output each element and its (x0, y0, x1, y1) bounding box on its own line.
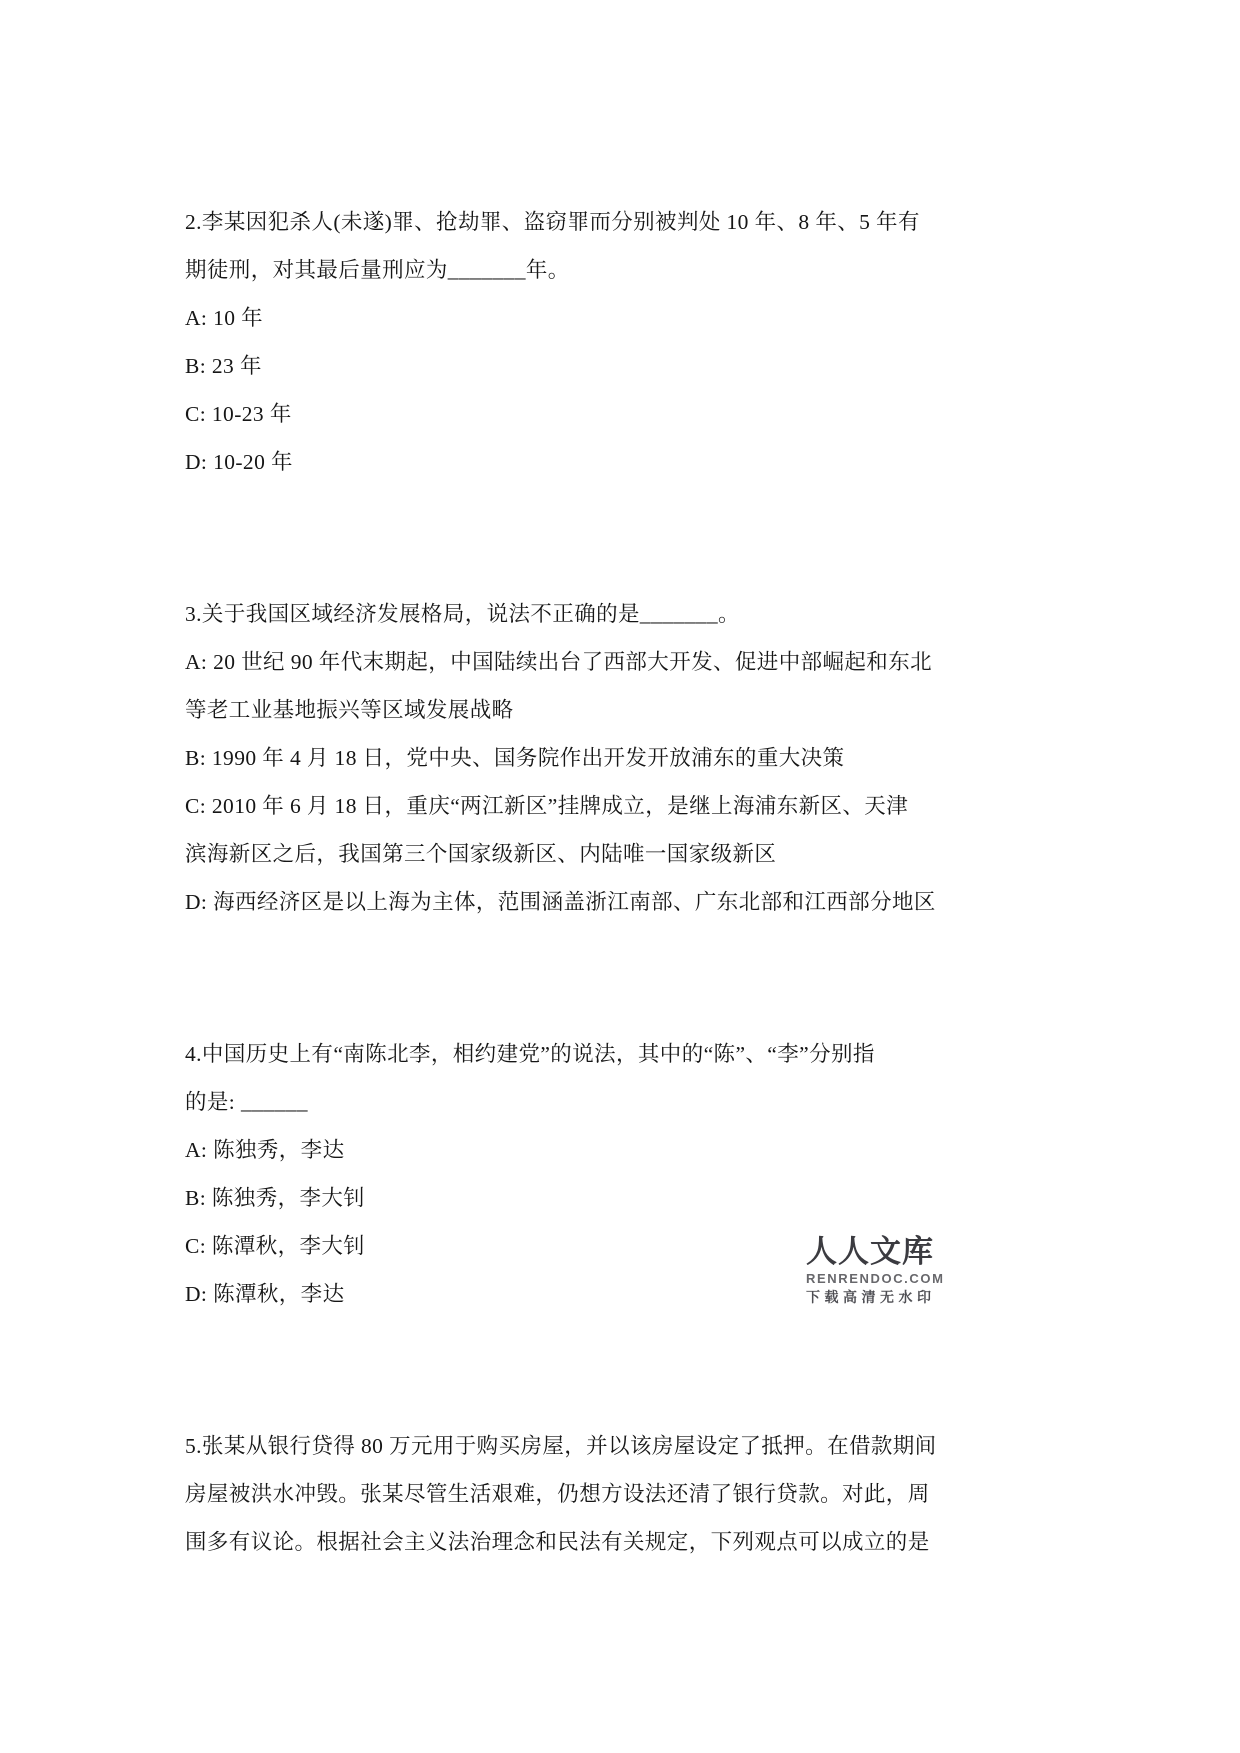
option-line: C: 2010 年 6 月 18 日，重庆“两江新区”挂牌成立，是继上海浦东新区… (185, 782, 1105, 830)
option-line: C: 陈潭秋，李大钊 (185, 1222, 1105, 1270)
watermark: 人人文库 RENRENDOC.COM 下载高清无水印 (806, 1236, 956, 1305)
option-line: D: 10-20 年 (185, 438, 1105, 486)
option-line: B: 23 年 (185, 342, 1105, 390)
question-block: 4.中国历史上有“南陈北李，相约建党”的说法，其中的“陈”、“李”分别指的是: … (185, 1030, 1105, 1318)
option-line: B: 1990 年 4 月 18 日，党中央、国务院作出开发开放浦东的重大决策 (185, 734, 1105, 782)
question-text-line: 3.关于我国区域经济发展格局，说法不正确的是_______。 (185, 590, 1105, 638)
option-line: A: 20 世纪 90 年代末期起，中国陆续出台了西部大开发、促进中部崛起和东北 (185, 638, 1105, 686)
option-line: D: 陈潭秋，李达 (185, 1270, 1105, 1318)
option-line: A: 陈独秀，李达 (185, 1126, 1105, 1174)
question-text-line: 2.李某因犯杀人(未遂)罪、抢劫罪、盗窃罪而分别被判处 10 年、8 年、5 年… (185, 198, 1105, 246)
option-line: C: 10-23 年 (185, 390, 1105, 438)
question-block: 5.张某从银行贷得 80 万元用于购买房屋，并以该房屋设定了抵押。在借款期间房屋… (185, 1422, 1105, 1566)
option-line: B: 陈独秀，李大钊 (185, 1174, 1105, 1222)
watermark-logo-text: 人人文库 (806, 1236, 956, 1268)
question-text-line: 围多有议论。根据社会主义法治理念和民法有关规定，下列观点可以成立的是 (185, 1518, 1105, 1566)
option-line: A: 10 年 (185, 294, 1105, 342)
question-text-line: 4.中国历史上有“南陈北李，相约建党”的说法，其中的“陈”、“李”分别指 (185, 1030, 1105, 1078)
option-continuation-line: 等老工业基地振兴等区域发展战略 (185, 686, 1105, 734)
question-block: 2.李某因犯杀人(未遂)罪、抢劫罪、盗窃罪而分别被判处 10 年、8 年、5 年… (185, 198, 1105, 486)
question-text-line: 5.张某从银行贷得 80 万元用于购买房屋，并以该房屋设定了抵押。在借款期间 (185, 1422, 1105, 1470)
question-block: 3.关于我国区域经济发展格局，说法不正确的是_______。A: 20 世纪 9… (185, 590, 1105, 926)
option-line: D: 海西经济区是以上海为主体，范围涵盖浙江南部、广东北部和江西部分地区 (185, 878, 1105, 926)
watermark-domain-text: RENRENDOC.COM (806, 1272, 956, 1286)
question-text-line: 的是: ______ (185, 1078, 1105, 1126)
question-text-line: 期徒刑，对其最后量刑应为_______年。 (185, 246, 1105, 294)
watermark-tagline-text: 下载高清无水印 (806, 1290, 956, 1305)
questions-container: 2.李某因犯杀人(未遂)罪、抢劫罪、盗窃罪而分别被判处 10 年、8 年、5 年… (185, 198, 1105, 1566)
question-text-line: 房屋被洪水冲毁。张某尽管生活艰难，仍想方设法还清了银行贷款。对此，周 (185, 1470, 1105, 1518)
document-page: 2.李某因犯杀人(未遂)罪、抢劫罪、盗窃罪而分别被判处 10 年、8 年、5 年… (0, 0, 1240, 1753)
option-continuation-line: 滨海新区之后，我国第三个国家级新区、内陆唯一国家级新区 (185, 830, 1105, 878)
